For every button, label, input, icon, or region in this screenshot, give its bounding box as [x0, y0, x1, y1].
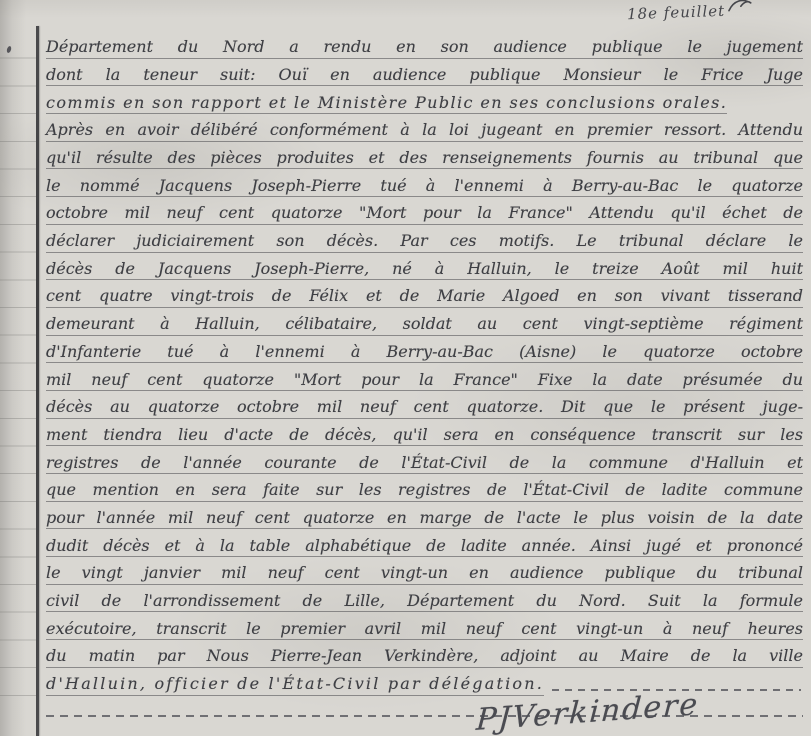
manuscript-line: civil de l'arrondissement de Lille, Dépa…: [46, 585, 803, 613]
manuscript-line: cent quatre vingt-trois de Félix et de M…: [46, 280, 803, 308]
manuscript-line: Département du Nord a rendu en son audie…: [46, 31, 803, 59]
manuscript-line: pour l'année mil neuf cent quatorze en m…: [46, 502, 803, 530]
manuscript-line: demeurant à Halluin, célibataire, soldat…: [46, 308, 803, 336]
manuscript-line: registres de l'année courante de l'État-…: [46, 446, 803, 474]
line-text: d'Halluin, officier de l'État-Civil par …: [46, 675, 544, 695]
folio-annotation: 18e feuillet: [627, 1, 754, 23]
line-text: pour l'année mil neuf cent quatorze en m…: [46, 509, 803, 529]
manuscript-line: déclarer judiciairement son décès. Par c…: [46, 225, 803, 253]
line-text: mil neuf cent quatorze "Mort pour la Fra…: [46, 371, 803, 391]
manuscript-line: le vingt janvier mil neuf cent vingt-un …: [46, 557, 803, 585]
manuscript-line: du matin par Nous Pierre-Jean Verkindère…: [46, 640, 803, 668]
line-text: le vingt janvier mil neuf cent vingt-un …: [46, 564, 803, 584]
manuscript-page: 18e feuillet Département du Nord a rendu…: [0, 0, 811, 736]
signature-row: PJVerkindere: [46, 696, 803, 724]
line-text: décès de Jacquens Joseph-Pierre, né à Ha…: [46, 260, 803, 280]
line-text: ment tiendra lieu d'acte de décès, qu'il…: [46, 426, 803, 446]
line-text: du matin par Nous Pierre-Jean Verkindère…: [46, 647, 803, 667]
margin-rule: [36, 26, 39, 736]
line-text: commis en son rapport et le Ministère Pu…: [46, 94, 727, 114]
line-text: que mention en sera faite sur les regist…: [46, 481, 803, 501]
manuscript-line: d'Infanterie tué à l'ennemi à Berry-au-B…: [46, 336, 803, 364]
line-text: décès au quatorze octobre mil neuf cent …: [46, 398, 803, 418]
line-text: Département du Nord a rendu en son audie…: [46, 38, 803, 58]
folio-flourish-icon: [727, 0, 754, 14]
manuscript-line: qu'il résulte des pièces produites et de…: [46, 142, 803, 170]
manuscript-line: décès de Jacquens Joseph-Pierre, né à Ha…: [46, 253, 803, 281]
line-text: dudit décès et à la table alphabétique d…: [46, 537, 803, 557]
manuscript-line: décès au quatorze octobre mil neuf cent …: [46, 391, 803, 419]
line-text: Après en avoir délibéré conformément à l…: [46, 121, 803, 141]
line-text: demeurant à Halluin, célibataire, soldat…: [46, 315, 803, 335]
ink-speck: [6, 46, 12, 54]
manuscript-line: exécutoire, transcrit le premier avril m…: [46, 612, 803, 640]
line-text: exécutoire, transcrit le premier avril m…: [46, 620, 803, 640]
line-text: dont la teneur suit: Ouï en audience pub…: [46, 66, 803, 86]
line-text: d'Infanterie tué à l'ennemi à Berry-au-B…: [46, 343, 803, 363]
line-text: le nommé Jacquens Joseph-Pierre tué à l'…: [46, 177, 803, 197]
manuscript-line: commis en son rapport et le Ministère Pu…: [46, 86, 803, 114]
manuscript-line: que mention en sera faite sur les regist…: [46, 474, 803, 502]
manuscript-line: Après en avoir délibéré conformément à l…: [46, 114, 803, 142]
line-text: octobre mil neuf cent quatorze "Mort pou…: [46, 204, 803, 224]
manuscript-line: octobre mil neuf cent quatorze "Mort pou…: [46, 197, 803, 225]
line-text: déclarer judiciairement son décès. Par c…: [46, 232, 803, 252]
manuscript-line: dont la teneur suit: Ouï en audience pub…: [46, 59, 803, 87]
line-text: qu'il résulte des pièces produites et de…: [46, 149, 803, 169]
line-text: civil de l'arrondissement de Lille, Dépa…: [46, 592, 803, 612]
manuscript-line: mil neuf cent quatorze "Mort pour la Fra…: [46, 363, 803, 391]
line-text: registres de l'année courante de l'État-…: [46, 454, 803, 474]
line-text: cent quatre vingt-trois de Félix et de M…: [46, 287, 803, 307]
manuscript-line: ment tiendra lieu d'acte de décès, qu'il…: [46, 419, 803, 447]
manuscript-line: le nommé Jacquens Joseph-Pierre tué à l'…: [46, 169, 803, 197]
manuscript-line: dudit décès et à la table alphabétique d…: [46, 529, 803, 557]
folio-label: 18e feuillet: [627, 2, 726, 23]
page-left-edge: [0, 31, 37, 699]
manuscript-text: Département du Nord a rendu en son audie…: [46, 31, 803, 724]
